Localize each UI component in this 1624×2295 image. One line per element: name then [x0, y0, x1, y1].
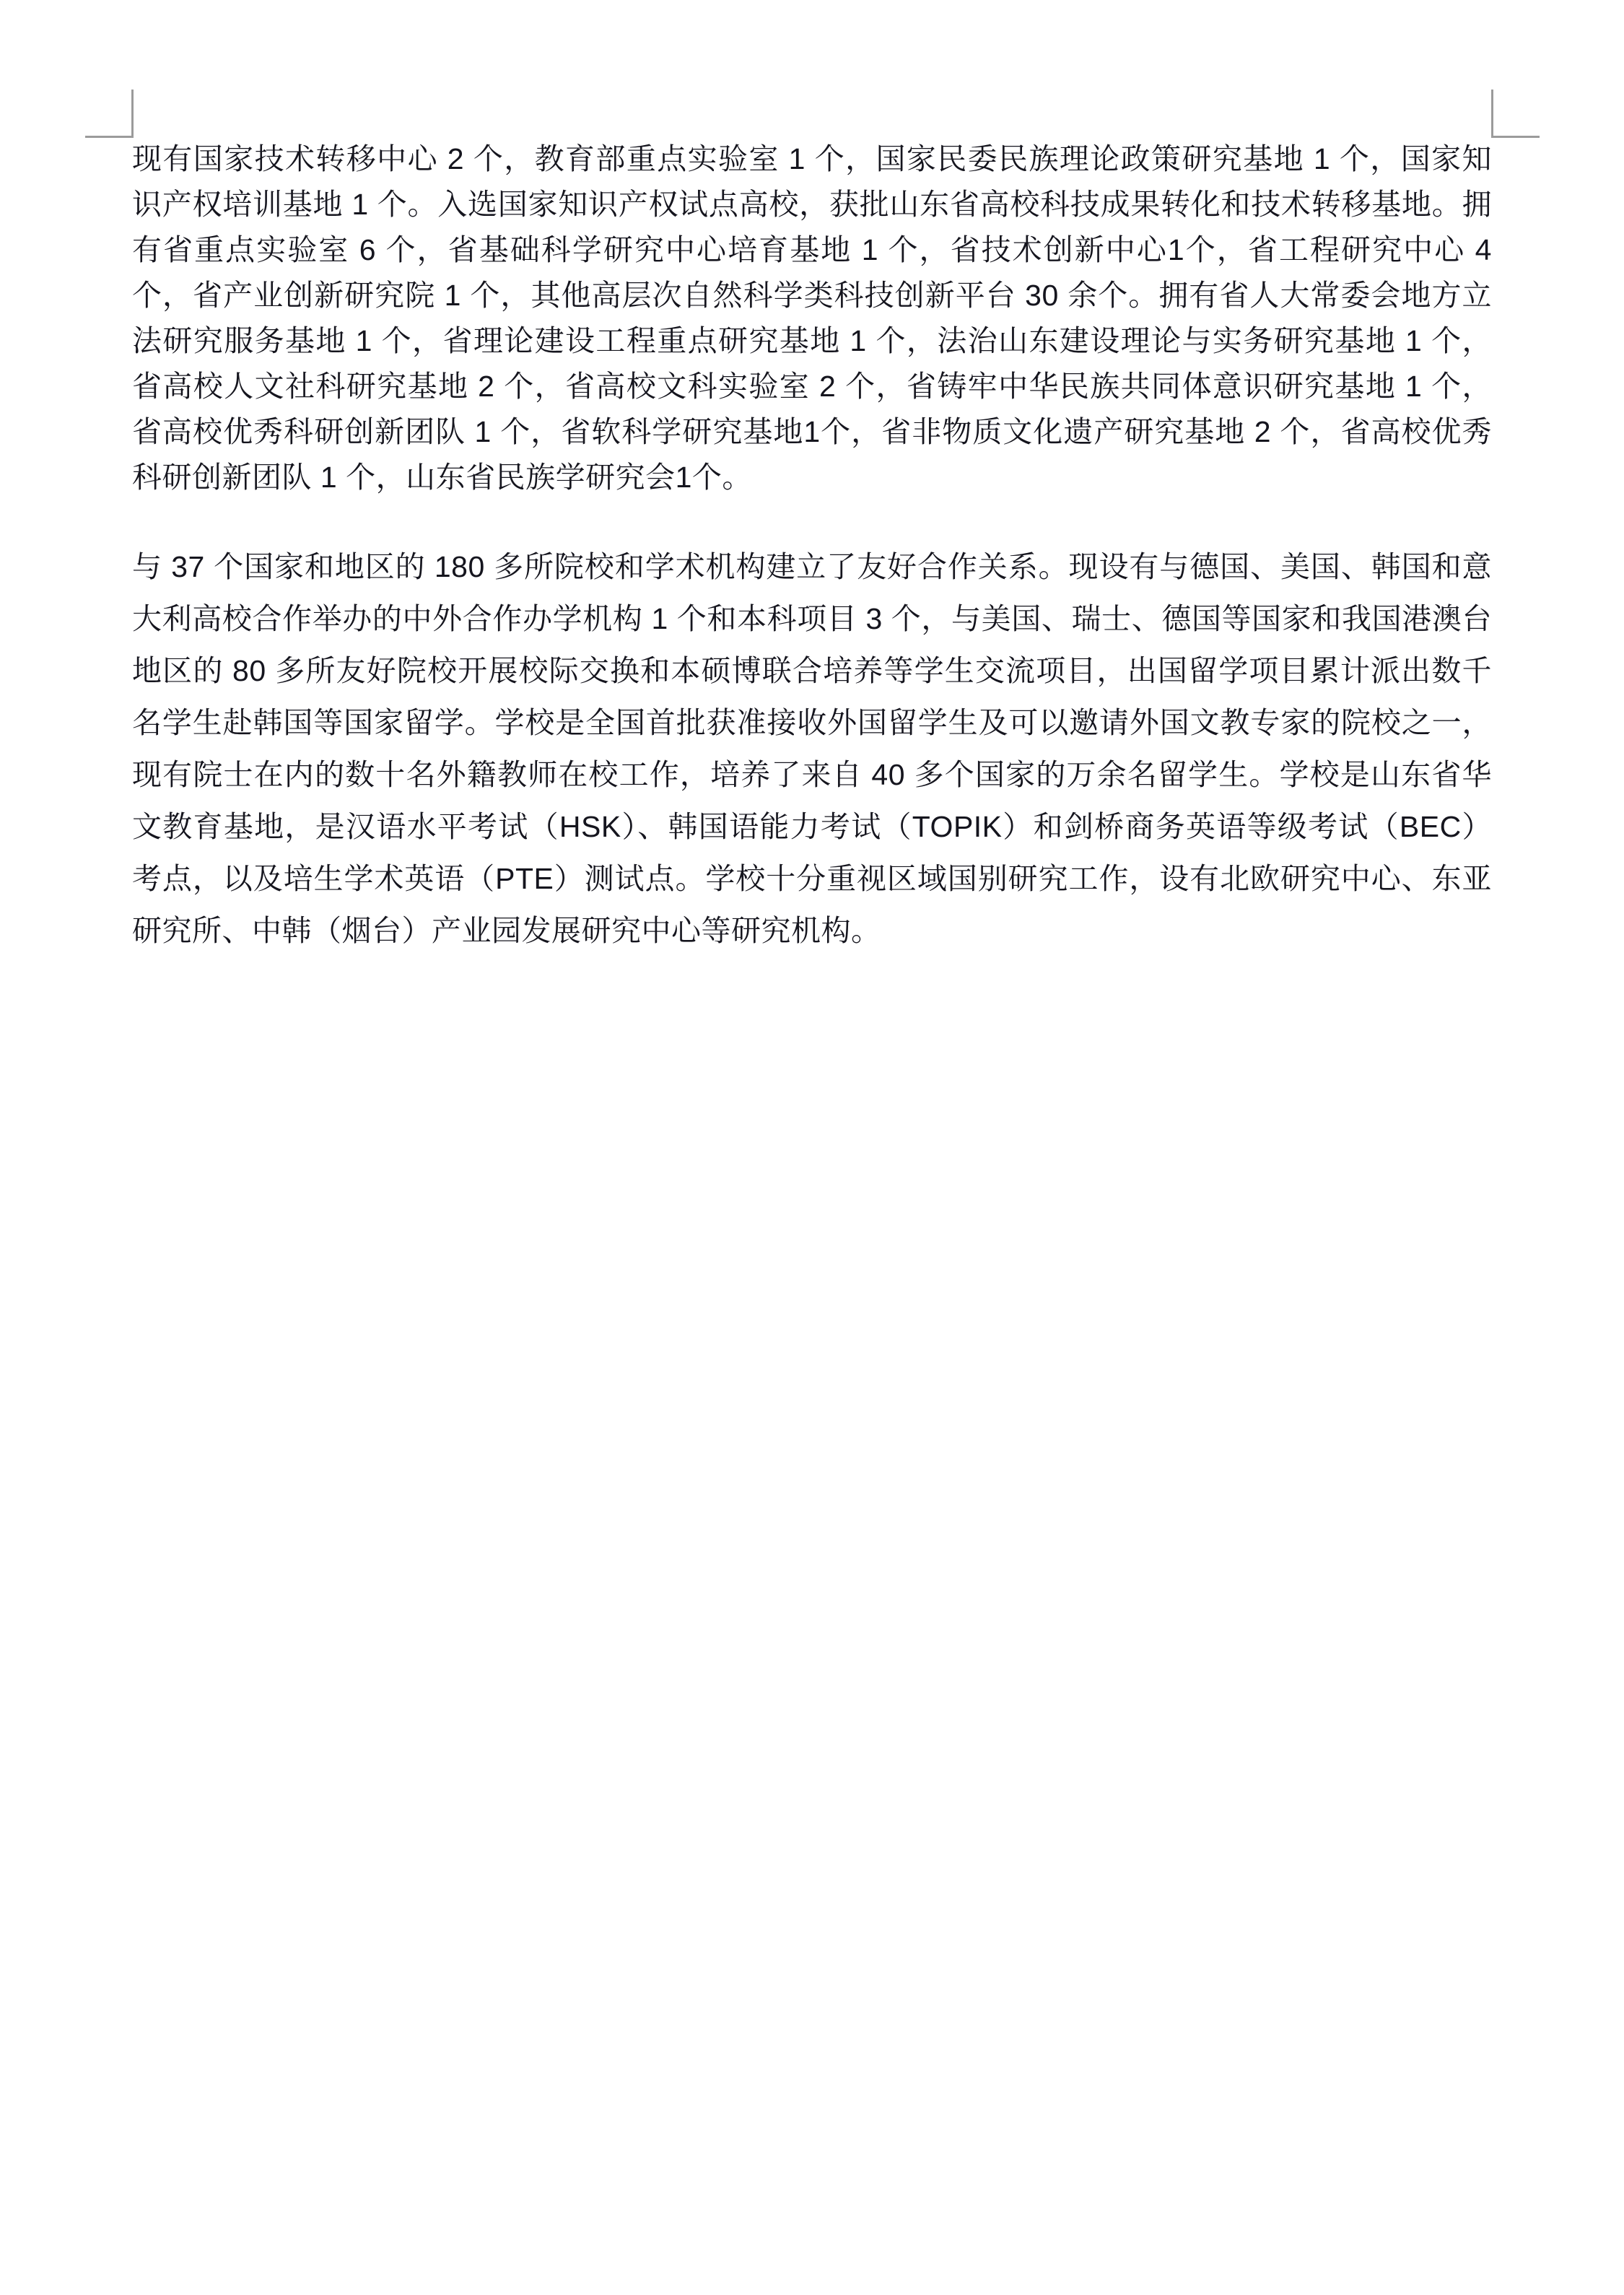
paragraph-research-platforms: 现有国家技术转移中心 2 个，教育部重点实验室 1 个，国家民委民族理论政策研究… [132, 136, 1492, 500]
crop-mark-top-right-icon [1491, 90, 1540, 138]
text-content: 现有国家技术转移中心 2 个，教育部重点实验室 1 个，国家民委民族理论政策研究… [132, 136, 1492, 957]
crop-mark-top-left-icon [85, 90, 134, 138]
paragraph-international-cooperation: 与 37 个国家和地区的 180 多所院校和学术机构建立了友好合作关系。现设有与… [132, 541, 1492, 957]
document-page: 现有国家技术转移中心 2 个，教育部重点实验室 1 个，国家民委民族理论政策研究… [0, 0, 1624, 2295]
